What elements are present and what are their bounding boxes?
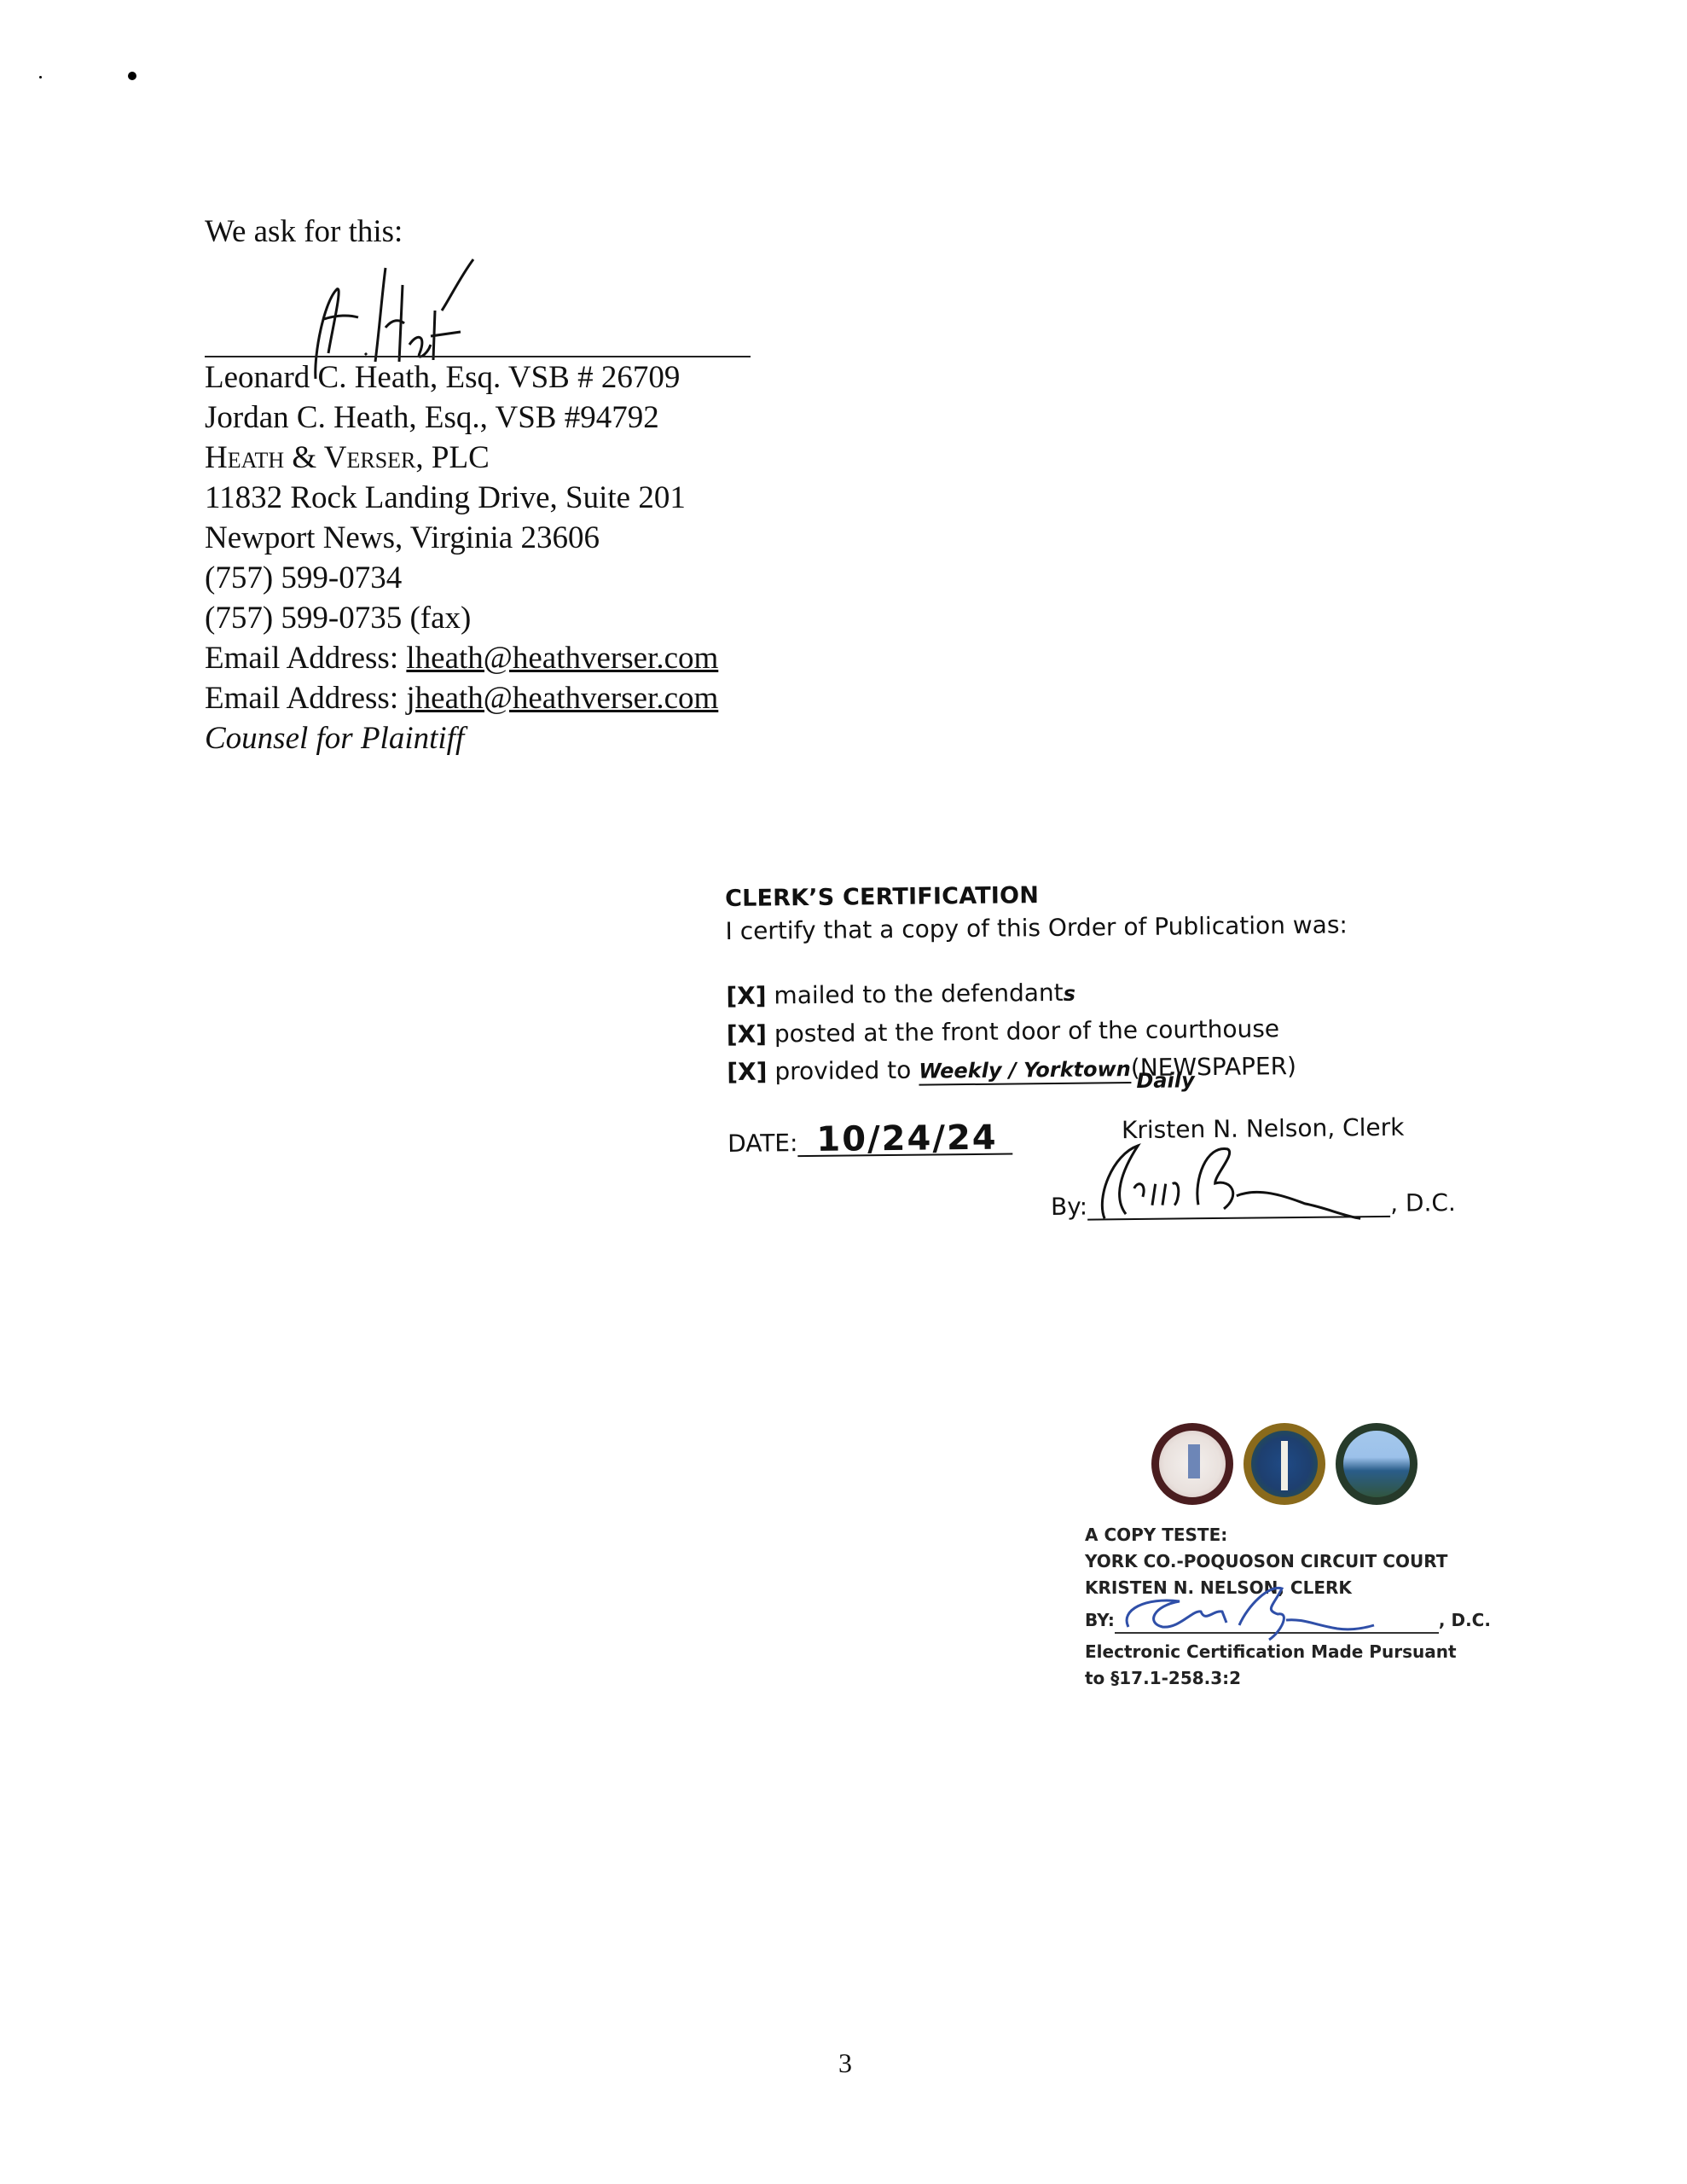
email-label: Email Address: [205, 641, 406, 676]
by-label: By: [1051, 1193, 1088, 1221]
item-provided-text: provided to [774, 1056, 919, 1086]
stamp-signature-row: BY: , D.C. [1085, 1601, 1528, 1639]
certification-title: CLERK’S CERTIFICATION [725, 878, 1493, 912]
address-city: Newport News, Virginia 23606 [205, 518, 751, 558]
scan-speck [39, 76, 42, 78]
email-label: Email Address: [205, 681, 406, 716]
york-county-seal-icon [1244, 1423, 1325, 1505]
address-street: 11832 Rock Landing Drive, Suite 201 [205, 478, 751, 518]
by-suffix: , D.C. [1390, 1188, 1456, 1217]
counsel-role: Counsel for Plaintiff [205, 718, 751, 758]
email-link-lheath[interactable]: lheath@heathverser.com [406, 641, 718, 676]
email-row-2: Email Address: jheath@heathverser.com [205, 678, 751, 718]
certification-items: [X] mailed to the defendants [X] posted … [726, 970, 1494, 1091]
newspaper-handwritten-note: Daily [1136, 1068, 1195, 1093]
attorney-line-2: Jordan C. Heath, Esq., VSB #94792 [205, 398, 751, 438]
stamp-by-suffix: , D.C. [1439, 1610, 1491, 1630]
item-mailed-text: mailed to the defendant [774, 979, 1064, 1010]
seal-row [1151, 1423, 1528, 1505]
certification-stamp: A COPY TESTE: YORK CO.-POQUOSON CIRCUIT … [1085, 1423, 1528, 1692]
scan-speck [128, 72, 136, 80]
stamp-by-label: BY: [1085, 1610, 1115, 1630]
stamp-signature-line [1115, 1610, 1439, 1634]
item-posted-text: posted at the front door of the courthou… [774, 1014, 1279, 1048]
clerk-certification: CLERK’S CERTIFICATION I certify that a c… [725, 878, 1496, 1248]
email-link-jheath[interactable]: jheath@heathverser.com [406, 681, 718, 716]
counsel-contact-lines: Leonard C. Heath, Esq. VSB # 26709 Jorda… [205, 357, 751, 758]
newspaper-name-field[interactable]: Weekly / Yorktown [919, 1056, 1131, 1086]
checkbox-mailed[interactable]: [X] [726, 981, 767, 1009]
page-number: 3 [838, 2047, 852, 2079]
virginia-seal-icon [1151, 1423, 1233, 1505]
stamp-line-1: A COPY TESTE: [1085, 1522, 1528, 1548]
date-label: DATE: [728, 1129, 798, 1158]
email-row-1: Email Address: lheath@heathverser.com [205, 638, 751, 678]
date-field[interactable]: 10/24/24 [797, 1122, 1012, 1157]
firm-name: Heath & Verser, PLC [205, 438, 751, 478]
counsel-signature-block: We ask for this: Leonard C. Heath, Esq. … [205, 213, 751, 758]
request-intro: We ask for this: [205, 213, 751, 251]
signature-line [205, 356, 751, 357]
phone-number: (757) 599-0734 [205, 558, 751, 598]
poquoson-seal-icon [1336, 1423, 1417, 1505]
handwritten-signature-icon [1087, 1135, 1390, 1223]
handwritten-signature-icon [1120, 1559, 1376, 1653]
deputy-signature-line [1087, 1182, 1390, 1221]
handwritten-signature-icon [290, 251, 478, 379]
item-provided: [X] provided to Weekly / Yorktown(NEWSPA… [727, 1046, 1494, 1091]
fax-number: (757) 599-0735 (fax) [205, 598, 751, 638]
checkbox-provided[interactable]: [X] [727, 1057, 768, 1085]
handwritten-suffix: s [1064, 982, 1076, 1006]
certification-statement: I certify that a copy of this Order of P… [725, 909, 1493, 945]
deputy-clerk-signature-row: By: , D.C. [1051, 1181, 1497, 1245]
attorney-line-1: Leonard C. Heath, Esq. VSB # 26709 [205, 357, 751, 398]
checkbox-posted[interactable]: [X] [727, 1019, 768, 1048]
stamp-footer-line-2: to §17.1-258.3:2 [1085, 1665, 1528, 1692]
stamp-text: A COPY TESTE: YORK CO.-POQUOSON CIRCUIT … [1085, 1522, 1528, 1692]
counsel-signature-area [205, 251, 751, 357]
